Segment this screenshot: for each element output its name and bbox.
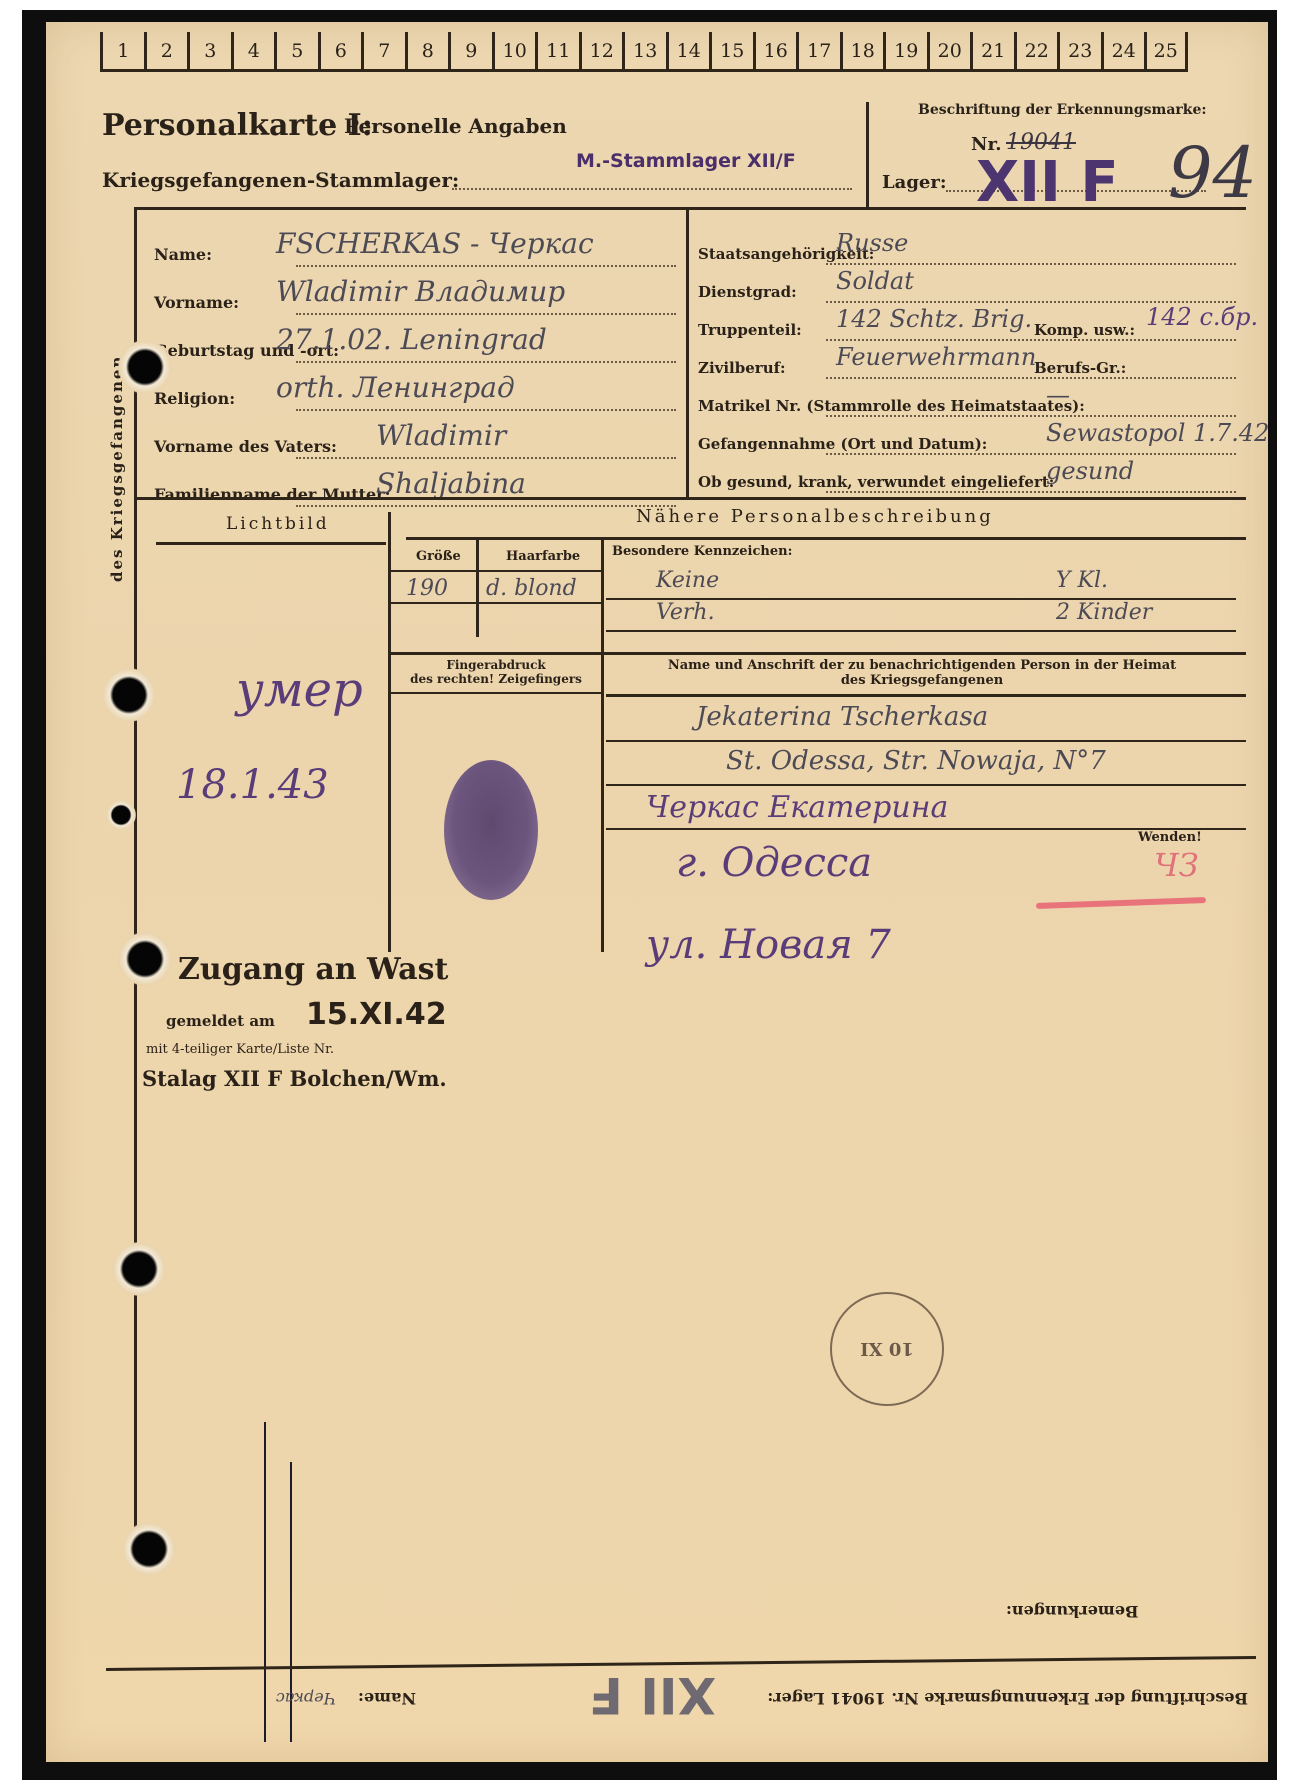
lichtbild-label: Lichtbild (226, 514, 330, 534)
contact-line: Черкас Екатерина (646, 790, 948, 825)
zugang-gemeldet-label: gemeldet am (166, 1012, 275, 1030)
finger-label-2: des rechten! Zeigefingers (396, 672, 596, 686)
service-value: Sewastopol 1.7.42 (1046, 419, 1269, 447)
service-value: Feuerwehrmann (836, 343, 1036, 371)
footer-text: Beschriftung der Erkennungsmarke Nr. 190… (767, 1689, 1248, 1708)
lager-stamp: XII F (976, 150, 1119, 215)
personal-value: Wladimir Владимир (276, 275, 565, 308)
ruler-cell: 4 (231, 32, 275, 72)
personal-label: Name: (154, 245, 212, 264)
service-value: 142 Schtz. Brig. (836, 305, 1032, 333)
groesse-label: Größe (416, 549, 461, 564)
ruler-cell: 12 (579, 32, 623, 72)
card-title: Personalkarte I: (102, 108, 373, 143)
service-value: Russe (836, 229, 908, 257)
haarfarbe-value: d. blond (486, 576, 577, 601)
personalkarte-document: 1234567891011121314151617181920212223242… (46, 22, 1268, 1762)
card-subtitle: Personelle Angaben (344, 114, 567, 138)
personal-value: 27.1.02. Leningrad (276, 323, 547, 356)
ruler-cell: 25 (1144, 32, 1188, 72)
ruler-cell: 20 (927, 32, 971, 72)
round-stamp: 10 XI (830, 1292, 944, 1406)
footer-name-label: Name: (358, 1689, 416, 1708)
ruler-cell: 7 (361, 32, 405, 72)
ruler-cell: 14 (666, 32, 710, 72)
ruler-cell: 9 (448, 32, 492, 72)
kennzeichen-left: Keine (656, 568, 719, 593)
ruler-cell: 16 (753, 32, 797, 72)
zugang-date: 15.XI.42 (306, 997, 447, 1032)
marke-label: Beschriftung der Erkennungsmarke: (918, 102, 1207, 118)
contact-city: г. Одесса (676, 840, 872, 886)
service-label: Gefangennahme (Ort und Datum): (698, 435, 987, 453)
service-label: Ob gesund, krank, verwundet eingeliefert… (698, 473, 1054, 491)
service-extra-label: Berufs-Gr.: (1034, 359, 1126, 377)
kennzeichen-left: Verh. (656, 600, 715, 625)
ruler-cell: 15 (709, 32, 753, 72)
personal-value: FSCHERKAS - Черкас (276, 227, 594, 260)
ruler-cell: 1 (100, 32, 144, 72)
contact-street: ул. Новая 7 (646, 922, 891, 968)
personal-label: Religion: (154, 389, 235, 408)
kennzeichen-right: Y Kl. (1056, 568, 1108, 593)
ruler-cell: 13 (622, 32, 666, 72)
service-value: gesund (1046, 457, 1134, 485)
lager-handwritten: 94 (1168, 132, 1257, 214)
ruler-cell: 2 (144, 32, 188, 72)
ruler-cell: 18 (840, 32, 884, 72)
ruler-cell: 3 (187, 32, 231, 72)
zugang-karte-label: mit 4-teiliger Karte/Liste Nr. (146, 1042, 334, 1057)
haarfarbe-label: Haarfarbe (506, 549, 580, 564)
red-underline (1036, 897, 1206, 909)
contact-label: Name und Anschrift der zu benachrichtige… (612, 658, 1232, 688)
ruler-cell: 8 (405, 32, 449, 72)
photo-note-date: 18.1.43 (176, 762, 329, 808)
footer-upside-down: Beschriftung der Erkennungsmarke Nr. 190… (126, 1664, 1256, 1714)
footer-stamp: XII F (589, 1666, 716, 1724)
service-label: Dienstgrad: (698, 283, 797, 301)
zugang-stalag: Stalag XII F Bolchen/Wm. (142, 1066, 447, 1091)
round-stamp-text: 10 XI (860, 1339, 914, 1360)
personal-value: Shaljabina (376, 467, 526, 500)
ruler-cell: 5 (274, 32, 318, 72)
personal-label: Vorname: (154, 293, 239, 312)
personal-value: orth. Ленинград (276, 371, 515, 404)
service-extra-value: 142 с.бр. (1146, 303, 1258, 331)
punch-hole (122, 1522, 176, 1576)
red-mark: ЧЗ (1154, 846, 1199, 884)
contact-label-1: Name und Anschrift der zu benachrichtige… (612, 658, 1232, 673)
photo-note-word: умер (236, 662, 363, 718)
service-extra-label: Komp. usw.: (1034, 321, 1135, 339)
wenden-label: Wenden! (1138, 830, 1202, 845)
beschreibung-title: Nähere Personalbeschreibung (636, 506, 994, 527)
contact-line: Jekaterina Tscherkasa (696, 702, 988, 732)
personal-label: Vorname des Vaters: (154, 437, 337, 456)
service-label: Truppenteil: (698, 321, 802, 339)
bemerkungen-label: Bemerkungen: (1006, 1602, 1139, 1621)
punch-hole (112, 1242, 166, 1296)
finger-label: Fingerabdruck des rechten! Zeigefingers (396, 658, 596, 686)
service-label: Zivilberuf: (698, 359, 786, 377)
ruler-cell: 19 (883, 32, 927, 72)
side-label: des Kriegsgefangenen (108, 355, 126, 582)
punch-hole (102, 668, 156, 722)
ruler-cell: 22 (1014, 32, 1058, 72)
service-value: — (1046, 381, 1070, 409)
ruler-cell: 11 (535, 32, 579, 72)
groesse-value: 190 (406, 576, 448, 601)
ruler-cell: 6 (318, 32, 362, 72)
index-ruler: 1234567891011121314151617181920212223242… (100, 32, 1188, 72)
stammlager-label: Kriegsgefangenen-Stammlager: (102, 168, 459, 192)
contact-line: St. Odessa, Str. Nowaja, N°7 (726, 746, 1106, 776)
personal-value: Wladimir (376, 419, 506, 452)
lager-label: Lager: (882, 172, 947, 193)
stammlager-stamp: M.-Stammlager XII/F (576, 150, 796, 172)
contact-label-2: des Kriegsgefangenen (612, 673, 1232, 688)
ruler-cell: 17 (796, 32, 840, 72)
fingerprint (444, 760, 538, 900)
punch-hole (106, 800, 136, 830)
ruler-cell: 24 (1101, 32, 1145, 72)
footer-name-value: Черкас (276, 1689, 336, 1708)
service-value: Soldat (836, 267, 914, 295)
finger-label-1: Fingerabdruck (396, 658, 596, 672)
kennzeichen-label: Besondere Kennzeichen: (612, 544, 792, 559)
punch-hole (118, 340, 172, 394)
zugang-title: Zugang an Wast (178, 952, 448, 987)
ruler-cell: 23 (1057, 32, 1101, 72)
ruler-cell: 21 (970, 32, 1014, 72)
personal-label: Familienname der Mutter: (154, 485, 391, 504)
ruler-cell: 10 (492, 32, 536, 72)
service-label: Matrikel Nr. (Stammrolle des Heimatstaat… (698, 397, 1085, 415)
punch-hole (118, 932, 172, 986)
kennzeichen-right: 2 Kinder (1056, 600, 1152, 625)
